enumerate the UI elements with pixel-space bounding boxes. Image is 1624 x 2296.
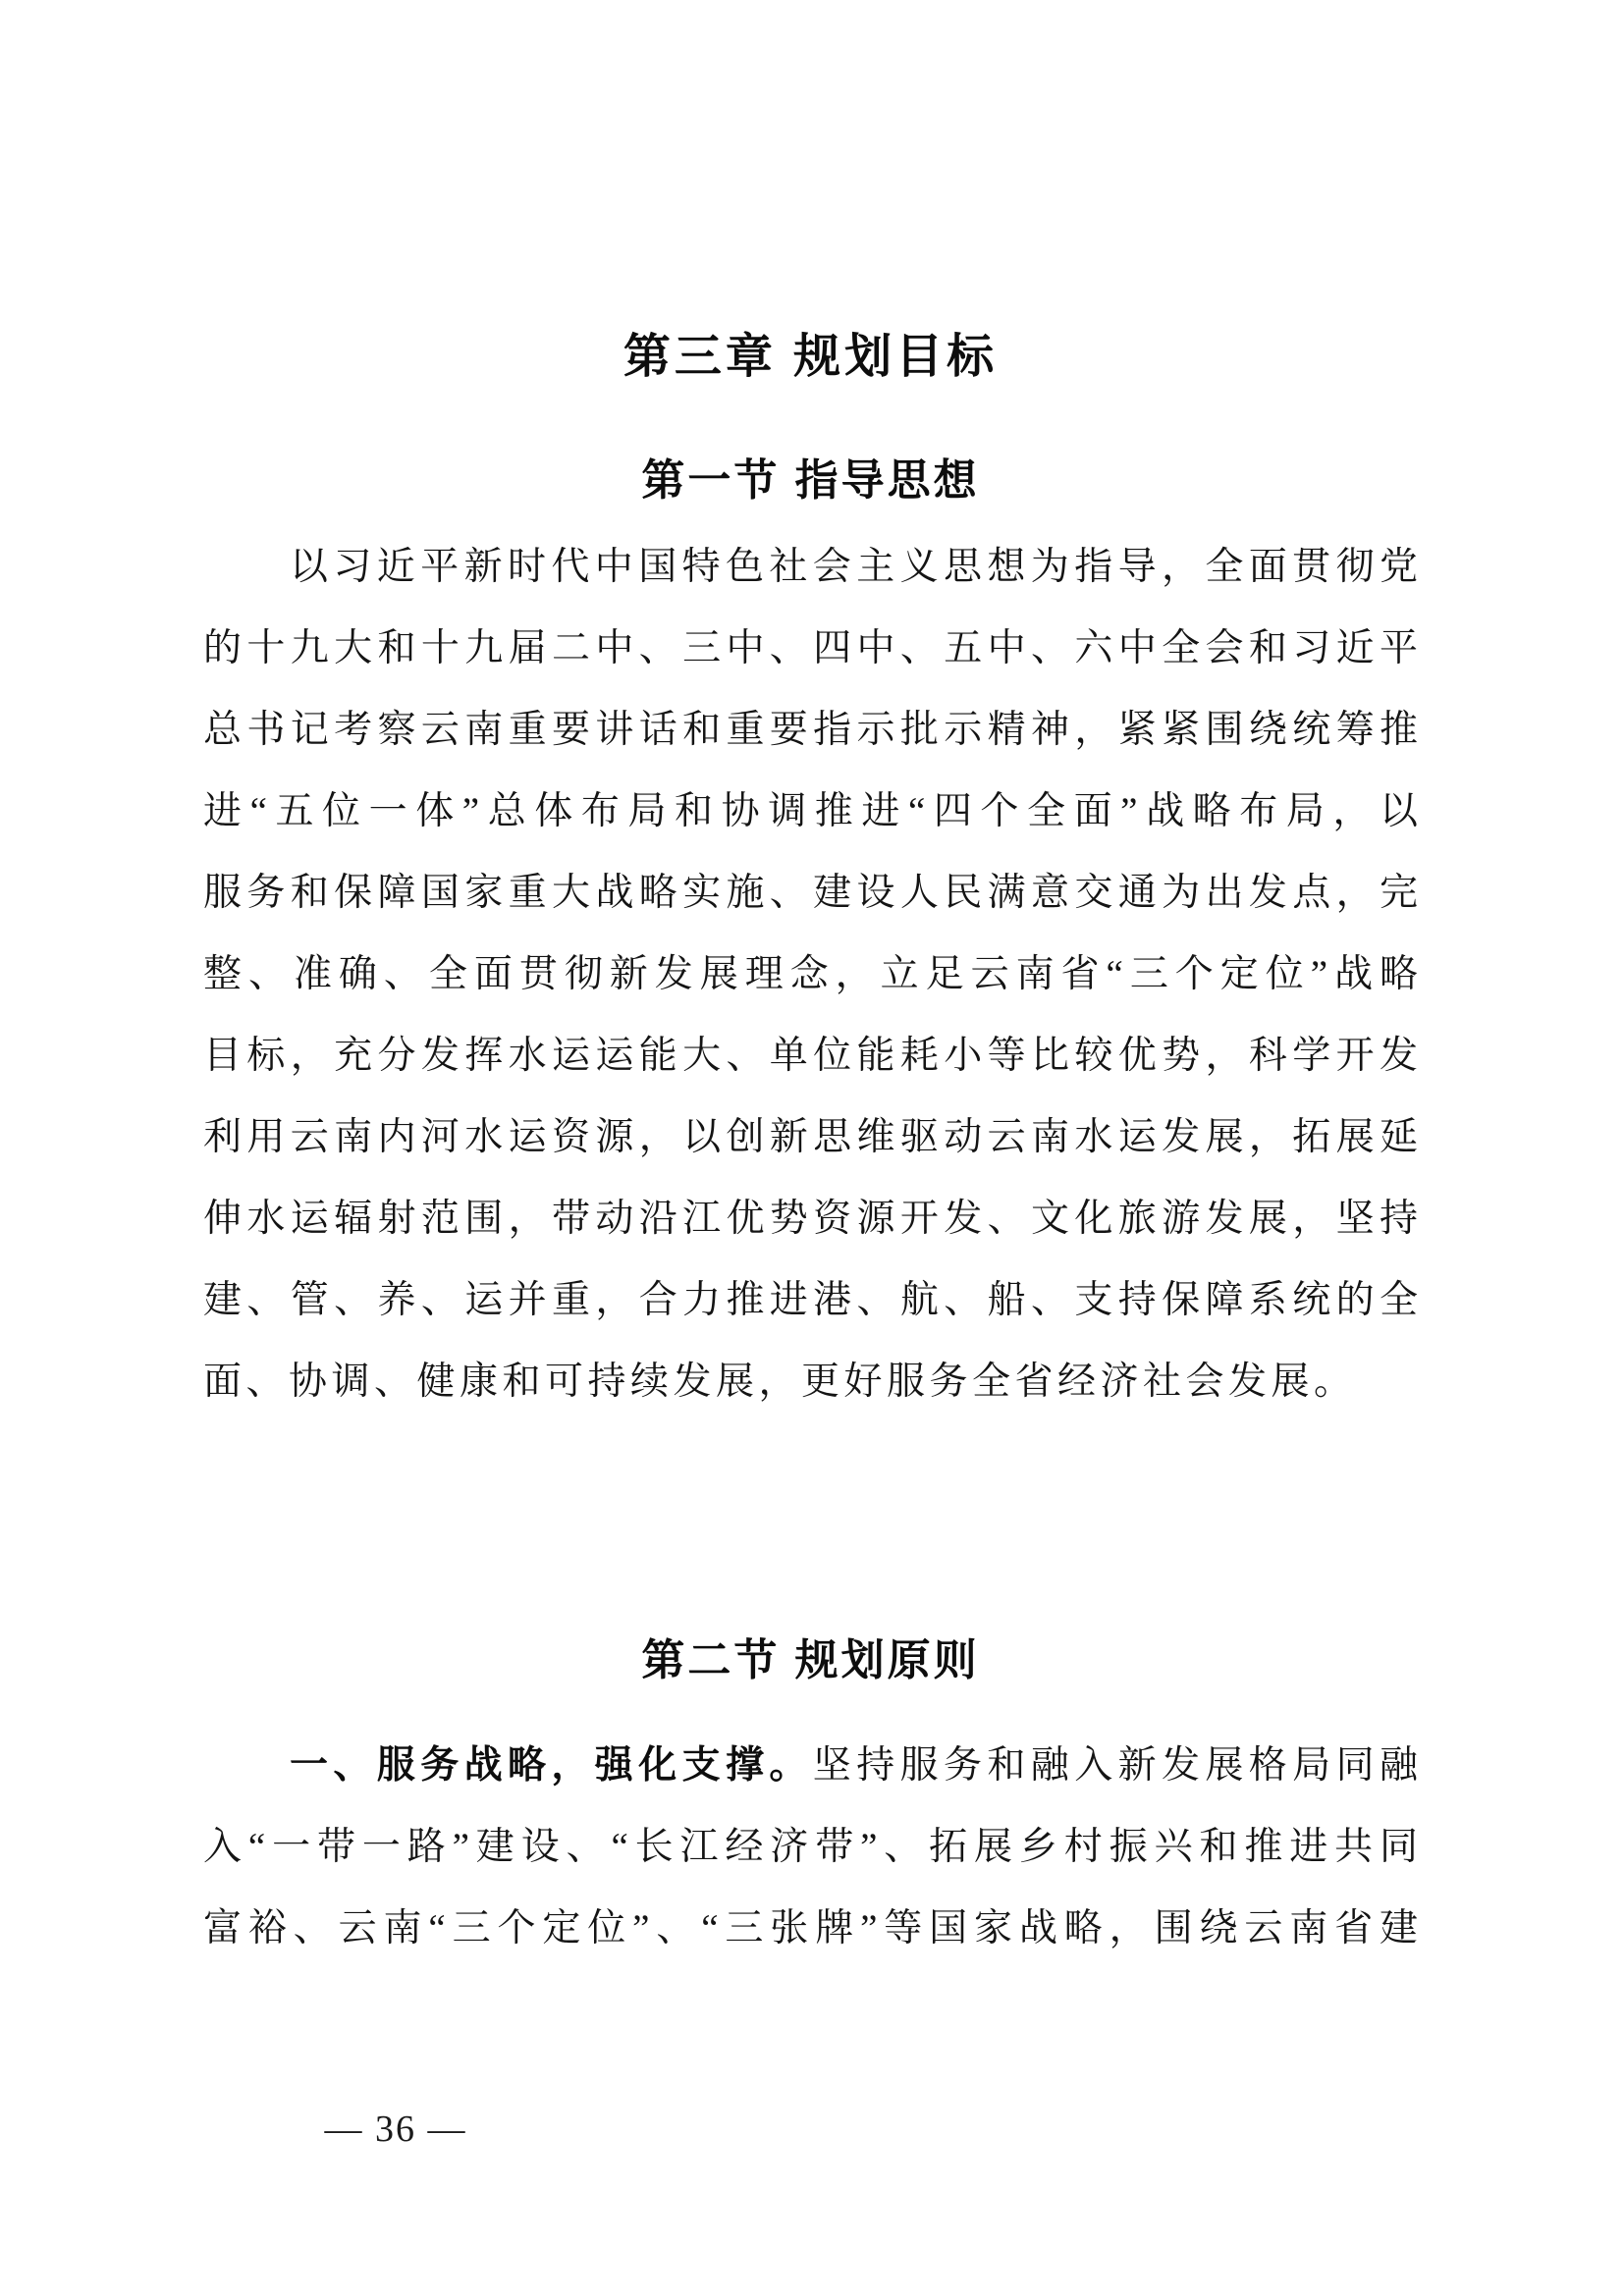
chapter-title: 第三章 规划目标 [203,326,1418,389]
principle-1-lead: 一、服务战略，强化支撑。 [290,1744,813,1787]
paragraph-line: 的十九大和十九届二中、三中、四中、五中、六中全会和习近平 [203,608,1418,689]
paragraph-line: 总书记考察云南重要讲话和重要指示批示精神，紧紧围绕统筹推 [203,689,1418,771]
section-2-paragraph: 一、服务战略，强化支撑。坚持服务和融入新发展格局同融 入“一带一路”建设、“长江… [203,1725,1418,1969]
paragraph-line: 建、管、养、运并重，合力推进港、航、船、支持保障系统的全 [203,1259,1418,1341]
paragraph-line: 伸水运辐射范围，带动沿江优势资源开发、文化旅游发展，坚持 [203,1178,1418,1259]
paragraph-line: 以习近平新时代中国特色社会主义思想为指导，全面贯彻党 [203,526,1418,608]
paragraph-line: 目标，充分发挥水运运能大、单位能耗小等比较优势，科学开发 [203,1015,1418,1096]
principle-1-text: 坚持服务和融入新发展格局同融 [813,1744,1418,1787]
document-page: 第三章 规划目标 第一节 指导思想 以习近平新时代中国特色社会主义思想为指导，全… [0,0,1624,2296]
page-number: — 36 — [312,2106,479,2153]
paragraph-line: 面、协调、健康和可持续发展，更好服务全省经济社会发展。 [203,1341,1418,1422]
section-1-paragraph: 以习近平新时代中国特色社会主义思想为指导，全面贯彻党的十九大和十九届二中、三中、… [203,526,1418,1422]
paragraph-line: 整、准确、全面贯彻新发展理念，立足云南省“三个定位”战略 [203,934,1418,1015]
section-1-title: 第一节 指导思想 [203,452,1418,510]
section-2-title: 第二节 规划原则 [203,1631,1418,1690]
paragraph-line: 服务和保障国家重大战略实施、建设人民满意交通为出发点，完 [203,852,1418,934]
paragraph-line: 入“一带一路”建设、“长江经济带”、拓展乡村振兴和推进共同 [203,1806,1418,1888]
paragraph-line: 一、服务战略，强化支撑。坚持服务和融入新发展格局同融 [203,1725,1418,1806]
paragraph-line: 进“五位一体”总体布局和协调推进“四个全面”战略布局，以 [203,771,1418,852]
paragraph-line: 富裕、云南“三个定位”、“三张牌”等国家战略，围绕云南省建 [203,1888,1418,1969]
paragraph-line: 利用云南内河水运资源，以创新思维驱动云南水运发展，拓展延 [203,1096,1418,1178]
